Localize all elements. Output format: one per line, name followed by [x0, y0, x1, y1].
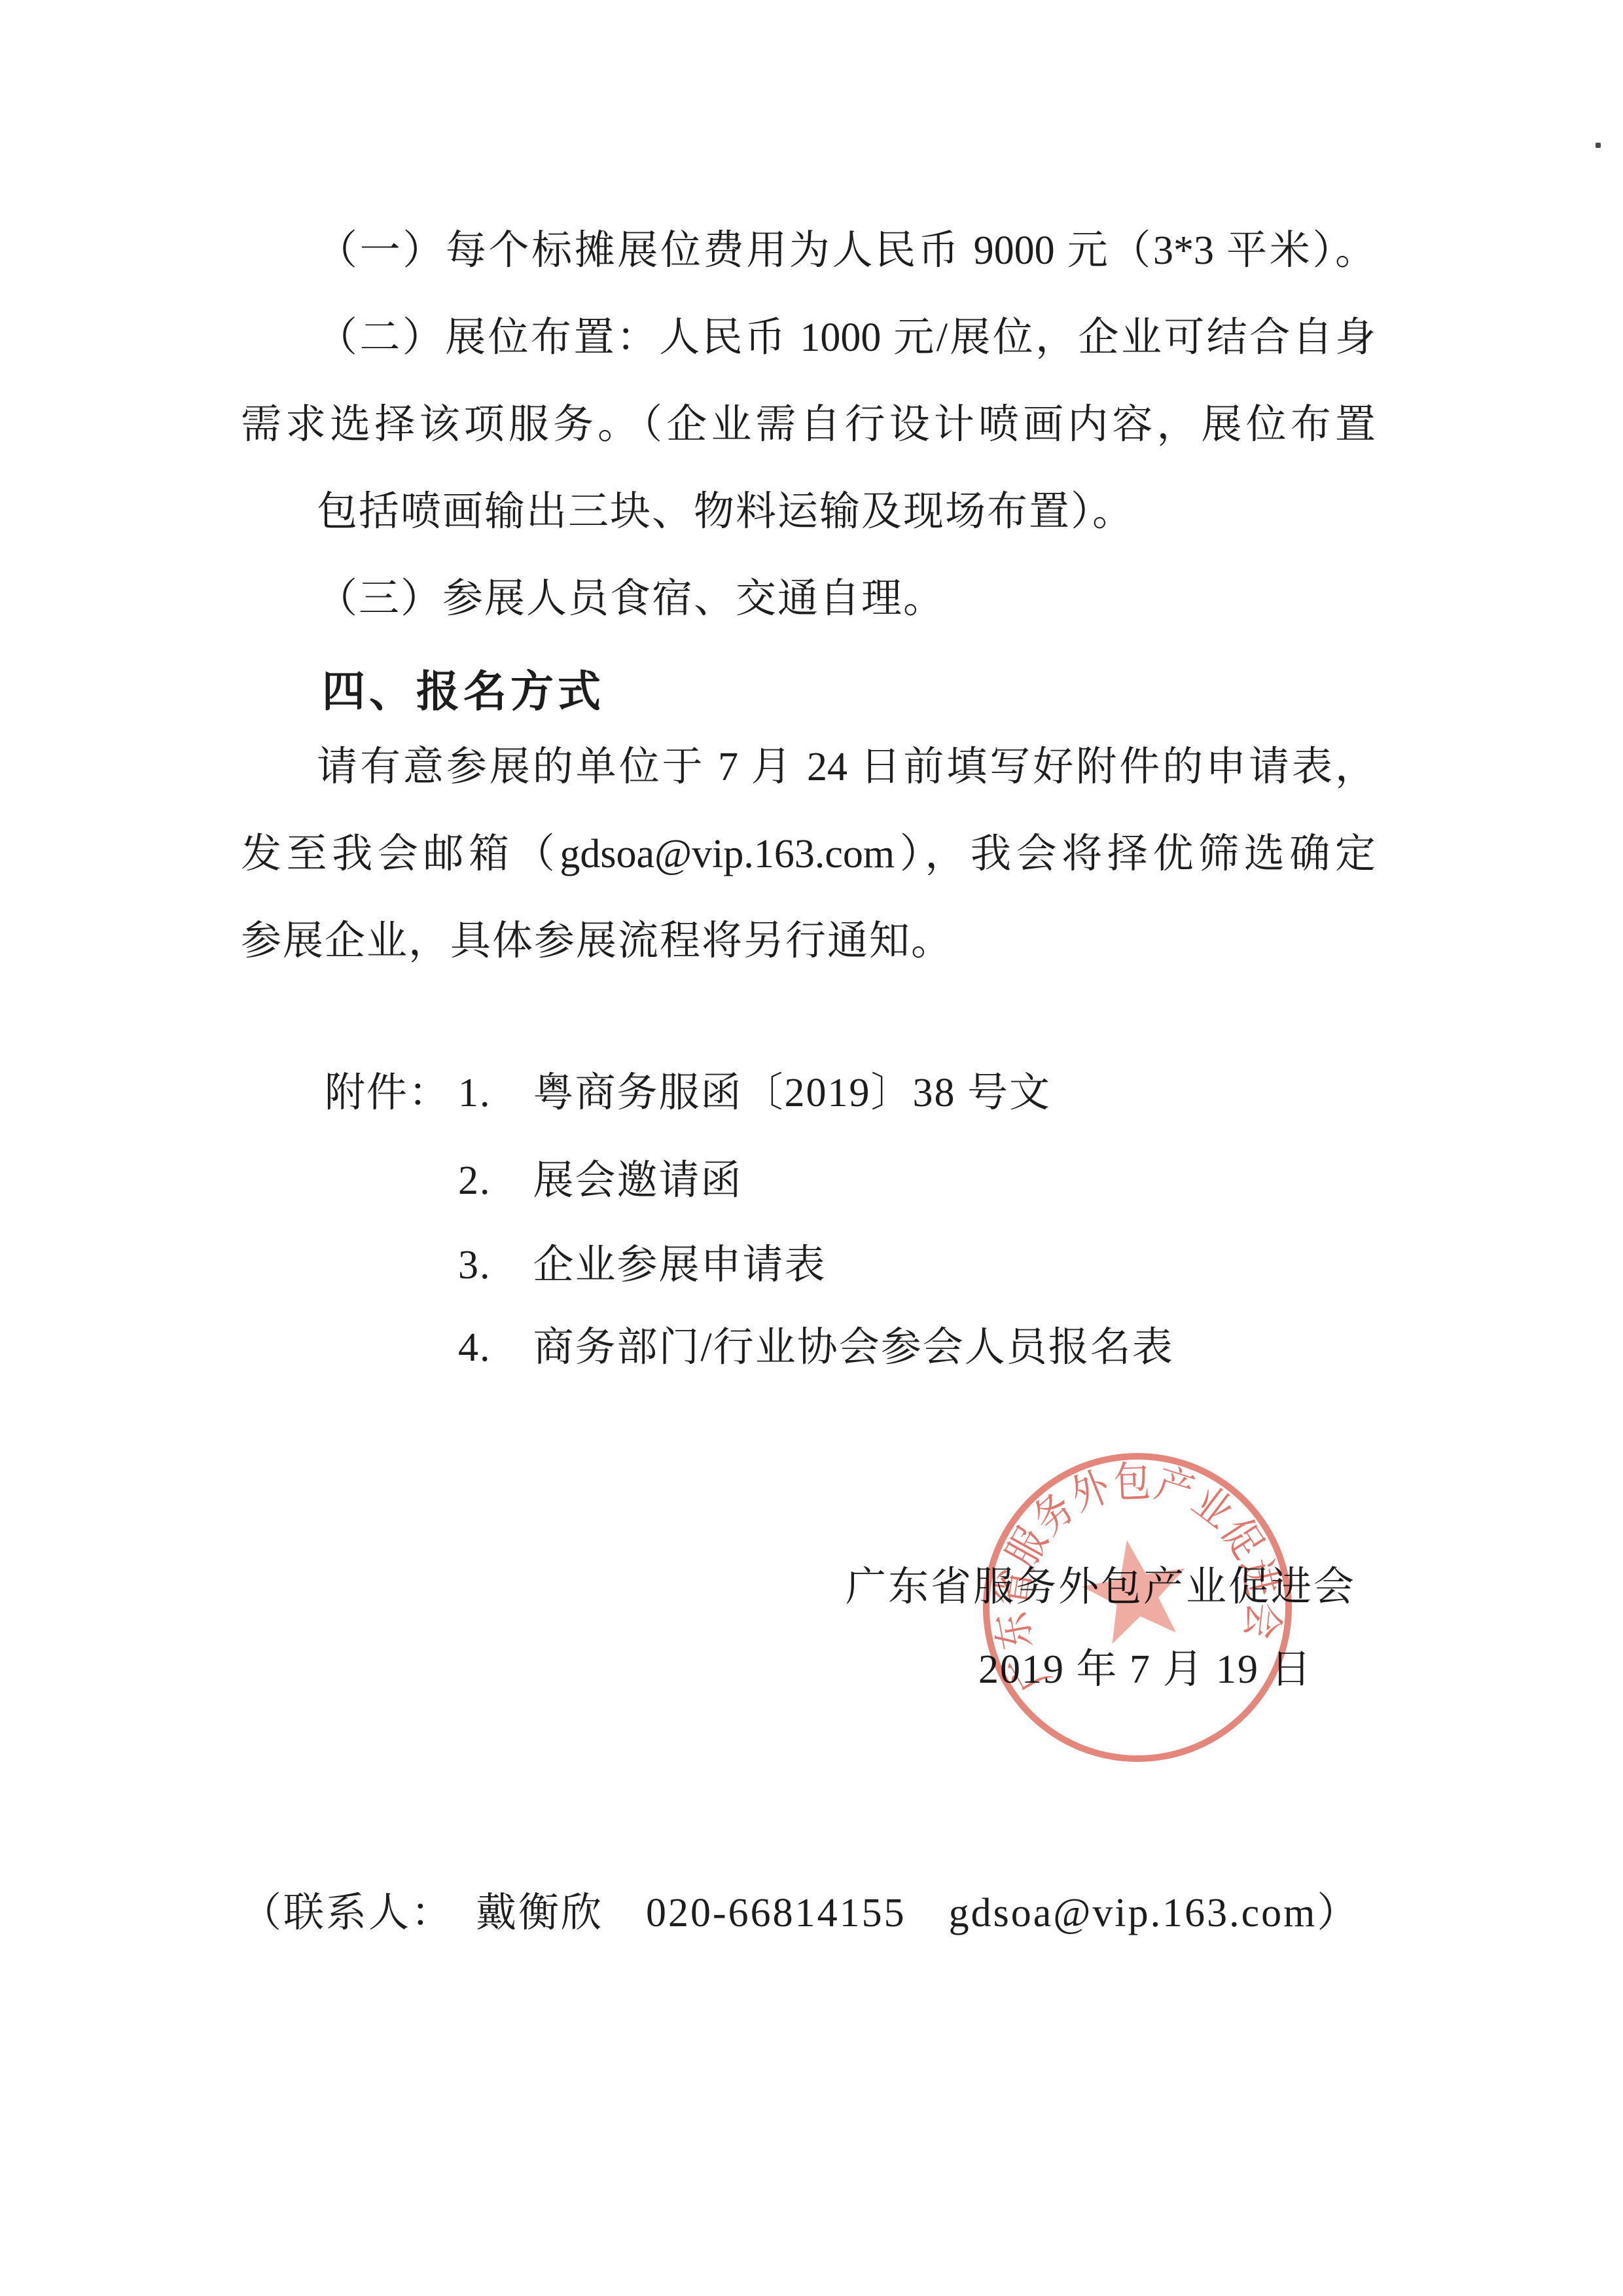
attachment-item-3: 3. 企业参展申请表 — [458, 1236, 827, 1294]
attachment-item-1: 1. 粤商务服函〔2019〕38 号文 — [458, 1064, 1051, 1122]
attachment-item-4: 4. 商务部门/行业协会参会人员报名表 — [458, 1319, 1174, 1376]
clause-2-line-1: （二）展位布置：人民币 1000 元/展位，企业可结合自身 — [241, 309, 1376, 367]
signature-org: 广东省服务外包产业促进会 — [846, 1558, 1356, 1616]
signature-date: 2019 年 7 月 19 日 — [978, 1641, 1313, 1698]
scan-artifact-dot — [1596, 143, 1601, 148]
clause-3-line: （三）参展人员食宿、交通自理。 — [241, 570, 1376, 628]
clause-2-line-3: 包括喷画输出三块、物料运输及现场布置）。 — [241, 483, 1376, 541]
document-page: （一）每个标摊展位费用为人民币 9000 元（3*3 平米）。 （二）展位布置：… — [0, 0, 1623, 2296]
attachments-label: 附件： — [325, 1064, 450, 1122]
attachment-item-2: 2. 展会邀请函 — [458, 1152, 743, 1210]
registration-line-2: 发至我会邮箱（gdsoa@vip.163.com），我会将择优筛选确定 — [241, 825, 1376, 883]
registration-line-3: 参展企业，具体参展流程将另行通知。 — [241, 912, 1376, 970]
clause-1-line: （一）每个标摊展位费用为人民币 9000 元（3*3 平米）。 — [241, 222, 1376, 279]
registration-line-1: 请有意参展的单位于 7 月 24 日前填写好附件的申请表， — [241, 738, 1376, 796]
contact-line: （联系人： 戴衡欣 020-66814155 gdsoa@vip.163.com… — [241, 1884, 1376, 1942]
section-heading: 四、报名方式 — [241, 662, 1376, 720]
clause-2-line-2: 需求选择该项服务。（企业需自行设计喷画内容，展位布置 — [241, 396, 1376, 454]
